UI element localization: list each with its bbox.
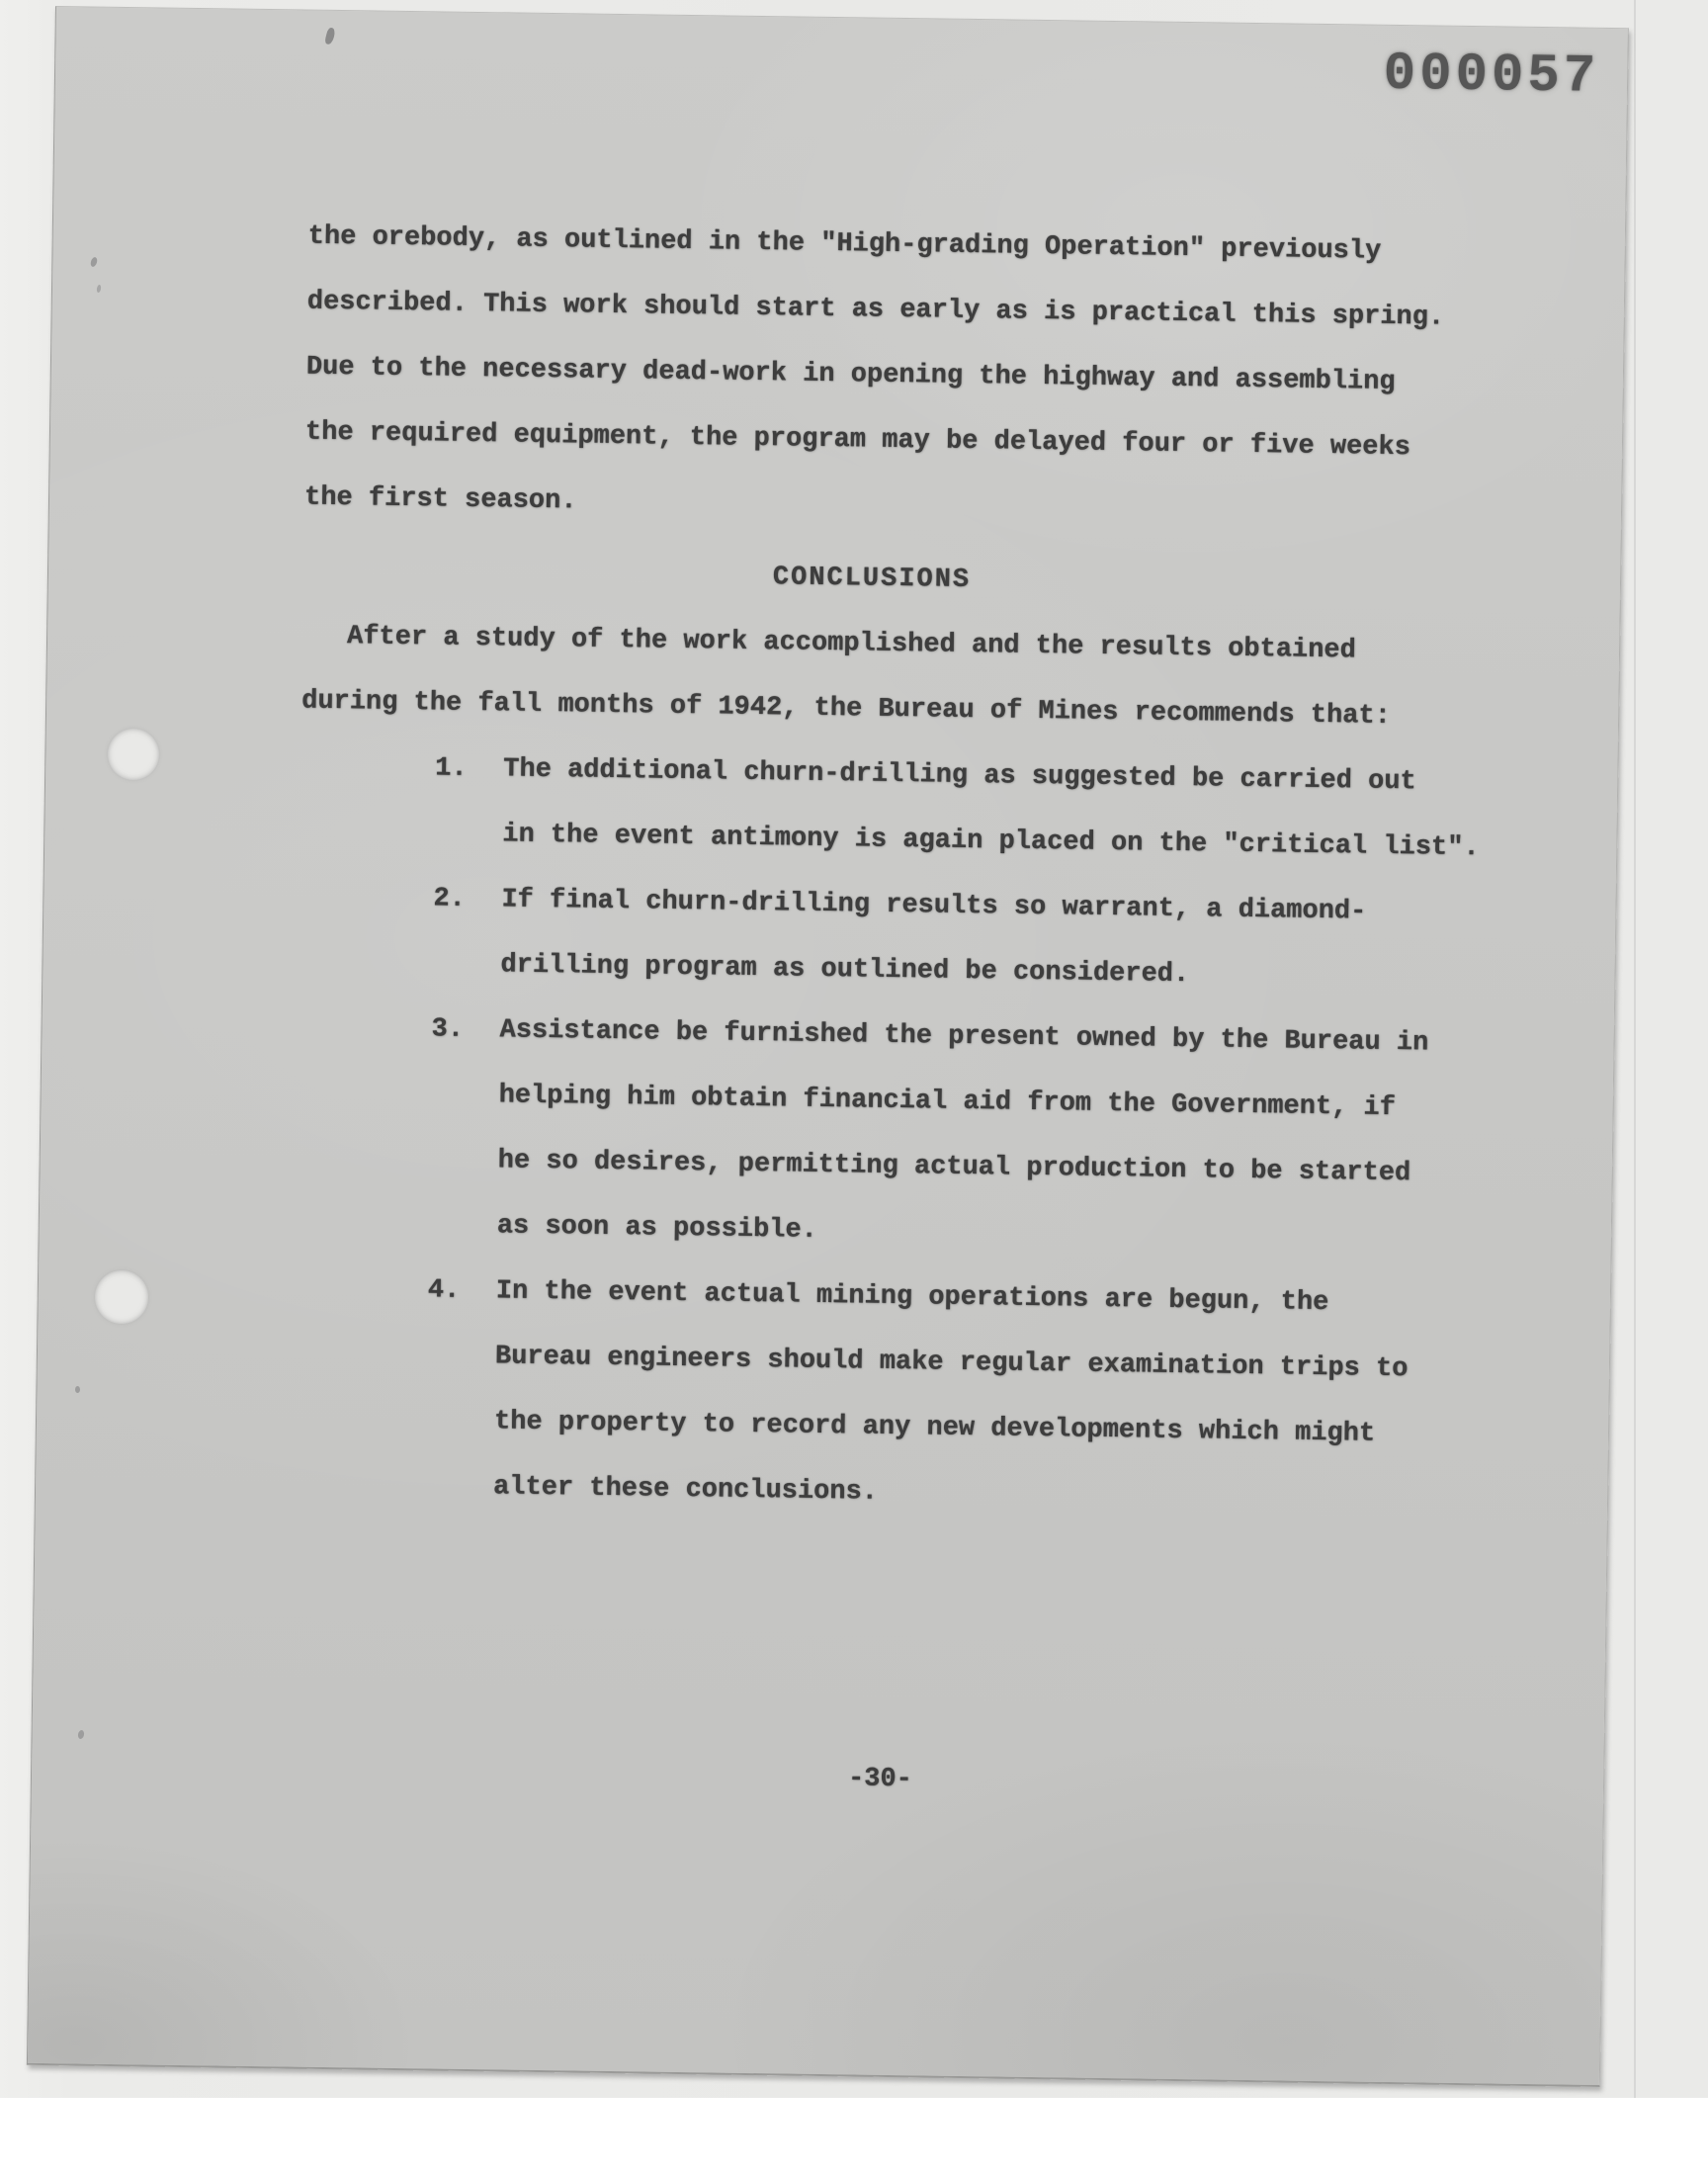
list-item: 3. Assistance be furnished the present o… [294,996,1444,1272]
item-number: 4. [427,1258,496,1324]
list-item: 1. The additional churn-drilling as sugg… [299,735,1448,881]
paragraph-recommendation: After a study of the work accomplished a… [301,604,1450,750]
item-lines: If final churn-drilling results so warra… [500,867,1446,1010]
item-lines: The additional churn-drilling as suggest… [502,737,1481,881]
paper-sheet: 000057 the orebody, as outlined in the "… [27,6,1629,2087]
numbered-list: 1. The additional churn-drilling as sugg… [291,735,1448,1533]
scanner-line-artifact [1634,0,1636,2098]
document-text: the orebody, as outlined in the "High-gr… [291,205,1455,1533]
stamp-number: 000057 [1383,48,1599,105]
list-item: 2. If final churn-drilling results so wa… [298,865,1446,1011]
text-line: alter these conclusions. [493,1454,1438,1532]
item-number: 3. [431,997,500,1063]
hole-punch-bottom [95,1270,148,1324]
list-item: 4. In the event actual mining operations… [291,1256,1441,1532]
item-lines: Assistance be furnished the present owne… [496,998,1444,1271]
hole-punch-top [108,729,159,780]
item-lines: In the event actual mining operations ar… [493,1259,1441,1532]
item-number: 1. [435,736,504,802]
page-number: -30- [848,1746,968,1813]
scanner-background: 000057 the orebody, as outlined in the "… [0,0,1708,2098]
item-number: 2. [433,866,502,932]
ink-speck [75,1386,80,1393]
paragraph-intro: the orebody, as outlined in the "High-gr… [304,205,1455,547]
